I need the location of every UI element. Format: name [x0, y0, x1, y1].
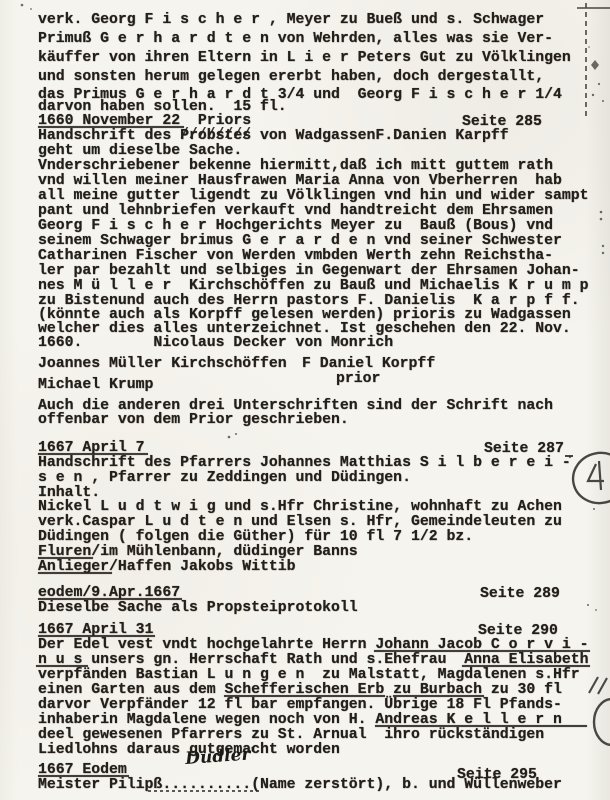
handwritten-annotation-dudler: Dudler': [185, 744, 257, 769]
wavy-underline-dots: [148, 790, 260, 792]
underline-johann-jacob-corvi: [374, 650, 590, 652]
underline-nus: [36, 665, 88, 667]
underline-anna-elisabeth: [462, 665, 590, 667]
underline-andreas-kellern: [375, 725, 587, 727]
signature-line: Michael Krump: [38, 377, 153, 394]
text-line: 1660. Nicolaus Decker von Monrich: [38, 335, 393, 352]
signature-line: Joannes Müller Kirchschöffen: [38, 356, 287, 373]
text-line: Primuß G e r h a r d t e n von Wehrden, …: [38, 31, 553, 48]
underline-fluren: [38, 557, 93, 559]
underline-eodem-9-apr-1667: [38, 598, 182, 600]
text-layer: verk. Georg F i s c h e r , Meyer zu Bue…: [0, 0, 610, 800]
signature-line: prior: [336, 371, 380, 388]
underline-anlieger: [38, 572, 112, 574]
strikethrough-probstes: ////////: [180, 128, 251, 143]
page-ref: Seite 289: [480, 586, 560, 603]
underline-schefferischen-erb: [224, 695, 385, 697]
text-line: und sonsten herum gelegen ererbt haben, …: [38, 69, 544, 86]
text-line: Meister Pilipß..........(Name zerstört),…: [38, 777, 562, 794]
text-line: Dieselbe Sache als Propsteiprotokoll: [38, 600, 358, 617]
underline-date-1667-apr-7: [38, 453, 148, 455]
text-line: offenbar von dem Prior geschrieben.: [38, 412, 349, 429]
underline-date-1667-apr-31: [38, 635, 155, 637]
underline-zu-burbach: [393, 695, 484, 697]
text-line: käuffer von ihren Eltern in L i e r Pete…: [38, 50, 571, 67]
text-line: verk. Georg F i s c h e r , Meyer zu Bue…: [38, 12, 544, 29]
underline-date-1660-nov-22: [38, 126, 184, 128]
underline-date-1667-eodem: [38, 775, 129, 777]
scanned-document-page: verk. Georg F i s c h e r , Meyer zu Bue…: [0, 0, 610, 800]
